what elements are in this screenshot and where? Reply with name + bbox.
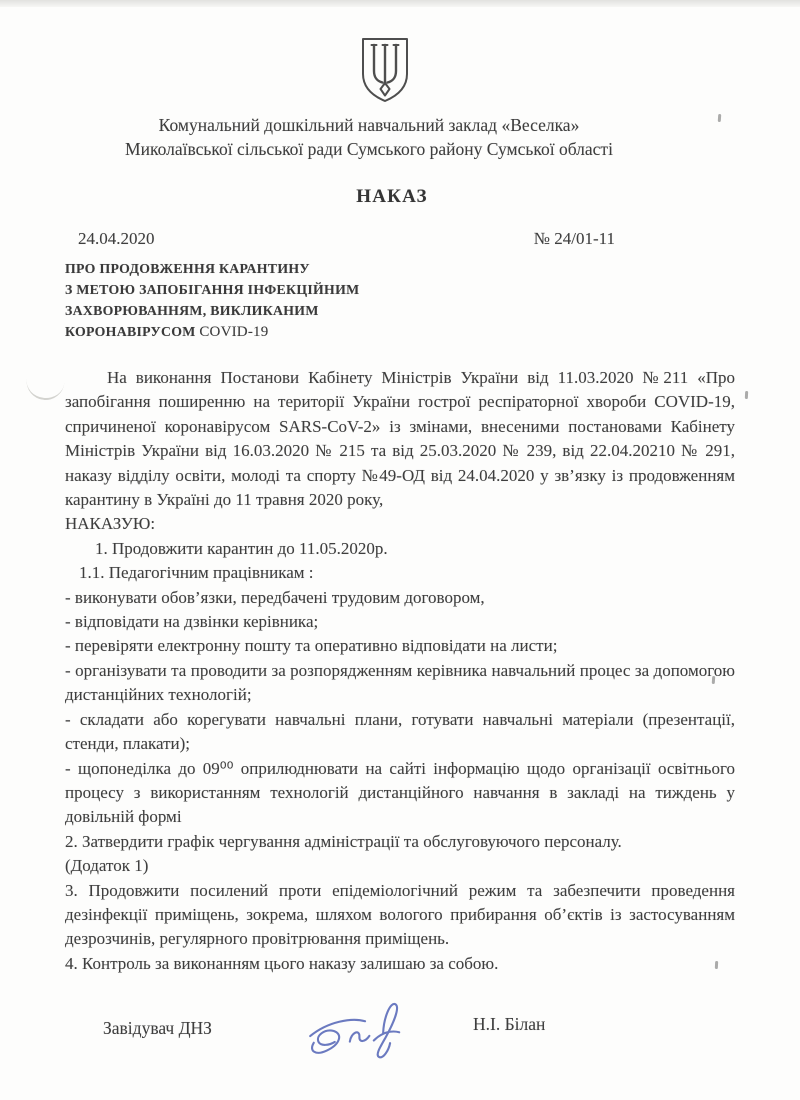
signature-ink-icon: [300, 989, 436, 1075]
duty-item-1: - виконувати обов’язки, передбачені труд…: [65, 586, 735, 610]
emblem-container: [357, 36, 413, 109]
ukraine-trident-emblem-icon: [357, 36, 413, 104]
duty-item-6: - щопонеділка до 09⁰⁰ оприлюднювати на с…: [65, 757, 735, 830]
duty-item-2: - відповідати на дзвінки керівника;: [65, 610, 735, 634]
order-item-1-1: 1.1. Педагогічним працівникам :: [65, 561, 735, 585]
order-word: НАКАЗУЮ:: [65, 512, 735, 536]
subject-line-2: З МЕТОЮ ЗАПОБІГАННЯ ІНФЕКЦІЙНИМ: [65, 279, 800, 300]
document-title: НАКАЗ: [0, 186, 792, 208]
document-number: № 24/01-11: [534, 229, 615, 249]
signature-row: Завідувач ДНЗ Н.І. Білан: [65, 998, 735, 1078]
preamble-paragraph: На виконання Постанови Кабінету Міністрі…: [65, 366, 735, 512]
order-item-4: 4. Контроль за виконанням цього наказу з…: [65, 952, 735, 976]
subject-line-4-covid: COVID-19: [199, 324, 268, 340]
subject-line-4: КОРОНАВІРУСОМ COVID-19: [65, 321, 800, 343]
subject-line-1: ПРО ПРОДОВЖЕННЯ КАРАНТИНУ: [65, 258, 800, 279]
subject-line-3: ЗАХВОРЮВАННЯМ, ВИКЛИКАНИМ: [65, 300, 800, 321]
signer-position: Завідувач ДНЗ: [103, 1018, 212, 1039]
organization-name-line1: Комунальний дошкільний навчальний заклад…: [0, 114, 769, 138]
document-meta-row: 24.04.2020 № 24/01-11: [65, 229, 735, 249]
scan-artifact-tick: [715, 961, 718, 969]
organization-name-line2: Миколаївської сільської ради Сумського р…: [0, 138, 769, 162]
scan-artifact-tick: [745, 391, 748, 399]
order-item-3: 3. Продовжити посилений проти епідеміоло…: [65, 879, 735, 952]
order-item-1: 1. Продовжити карантин до 11.05.2020р.: [65, 537, 735, 561]
scan-artifact-arc: [25, 370, 66, 402]
duty-item-5: - складати або корегувати навчальні план…: [65, 708, 735, 757]
duty-item-3: - перевіряти електронну пошту та операти…: [65, 634, 735, 658]
organization-name-block: Комунальний дошкільний навчальний заклад…: [0, 114, 769, 161]
scan-edge-shadow: [0, 0, 800, 7]
subject-block: ПРО ПРОДОВЖЕННЯ КАРАНТИНУ З МЕТОЮ ЗАПОБІ…: [65, 258, 800, 343]
order-item-2: 2. Затвердити графік чергування адмініст…: [65, 830, 735, 854]
subject-line-4-bold: КОРОНАВІРУСОМ: [65, 324, 196, 339]
scanned-document-page: Комунальний дошкільний навчальний заклад…: [0, 0, 800, 1100]
order-item-2-annex: (Додаток 1): [65, 854, 735, 878]
signer-name: Н.І. Білан: [473, 1014, 545, 1035]
order-body: На виконання Постанови Кабінету Міністрі…: [65, 366, 735, 976]
duty-item-4: - організувати та проводити за розпорядж…: [65, 659, 735, 708]
document-date: 24.04.2020: [65, 229, 155, 249]
